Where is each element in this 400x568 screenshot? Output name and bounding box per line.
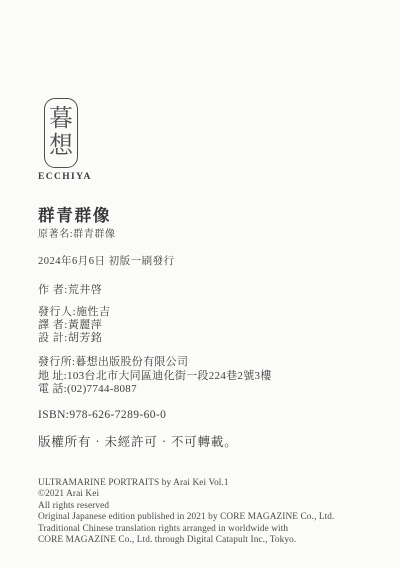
seal-char-top: 暮 — [49, 106, 73, 133]
translator-label: 譯 者: — [38, 319, 68, 331]
english-copyright-line: ©2021 Arai Kei — [38, 489, 334, 500]
designer-line: 設 計:胡芳銘 — [38, 332, 111, 345]
english-copyright-line: ULTRAMARINE PORTRAITS by Arai Kei Vol.1 — [38, 478, 334, 489]
isbn-label: ISBN: — [38, 409, 69, 421]
publisher-credits: 發行所:暮想出版股份有限公司 地 址:103台北市大同區迪化街一段224巷2號3… — [38, 356, 272, 397]
publisher-label: 發行所: — [38, 356, 75, 368]
isbn-value: 978-626-7289-60-0 — [69, 409, 166, 421]
original-title-line: 原著名:群青群像 — [38, 225, 116, 240]
phone-line: 電 話:(02)7744-8087 — [38, 383, 272, 397]
publisher-line: 發行所:暮想出版股份有限公司 — [38, 356, 272, 370]
publisher-brand-name: ECCHIYA — [38, 172, 108, 182]
phone-label: 電 話: — [38, 383, 67, 395]
rights-notice: 版權所有‧未經許可‧不可轉載。 — [38, 432, 238, 450]
ecchiya-seal-icon: 暮 想 — [44, 98, 78, 168]
address-line: 地 址:103台北市大同區迪化街一段224巷2號3樓 — [38, 370, 272, 384]
designer-value: 胡芳銘 — [68, 332, 103, 344]
isbn-line: ISBN:978-626-7289-60-0 — [38, 409, 166, 421]
author-label: 作 者: — [38, 284, 68, 296]
author-line: 作 者:荒井啓 — [38, 281, 102, 297]
book-title: 群青群像 — [38, 202, 111, 226]
address-value: 103台北市大同區迪化街一段224巷2號3樓 — [67, 370, 272, 382]
staff-credits: 發行人:施性吉 譯 者:黃麗萍 設 計:胡芳銘 — [38, 306, 111, 346]
translator-value: 黃麗萍 — [68, 319, 103, 331]
issuer-label: 發行人: — [38, 306, 76, 318]
publisher-value: 暮想出版股份有限公司 — [75, 356, 188, 368]
english-copyright-line: All rights reserved — [38, 501, 334, 512]
english-copyright-line: Traditional Chinese translation rights a… — [38, 524, 334, 535]
original-title-value: 群青群像 — [73, 229, 115, 240]
publisher-logo: 暮 想 ECCHIYA — [38, 98, 108, 182]
designer-label: 設 計: — [38, 332, 68, 344]
author-value: 荒井啓 — [68, 284, 103, 296]
phone-value: (02)7744-8087 — [67, 383, 137, 395]
issuer-value: 施性吉 — [76, 306, 111, 318]
english-copyright-line: CORE MAGAZINE Co., Ltd. through Digital … — [38, 535, 334, 546]
issuer-line: 發行人:施性吉 — [38, 306, 111, 319]
seal-char-bottom: 想 — [49, 133, 73, 160]
edition-line: 2024年6月6日 初版一刷發行 — [38, 253, 175, 268]
english-copyright-block: ULTRAMARINE PORTRAITS by Arai Kei Vol.1 … — [38, 478, 334, 546]
original-title-label: 原著名: — [38, 229, 73, 240]
english-copyright-line: Original Japanese edition published in 2… — [38, 512, 334, 523]
address-label: 地 址: — [38, 370, 67, 382]
colophon-page: 暮 想 ECCHIYA 群青群像 原著名:群青群像 2024年6月6日 初版一刷… — [0, 0, 400, 568]
translator-line: 譯 者:黃麗萍 — [38, 319, 111, 332]
